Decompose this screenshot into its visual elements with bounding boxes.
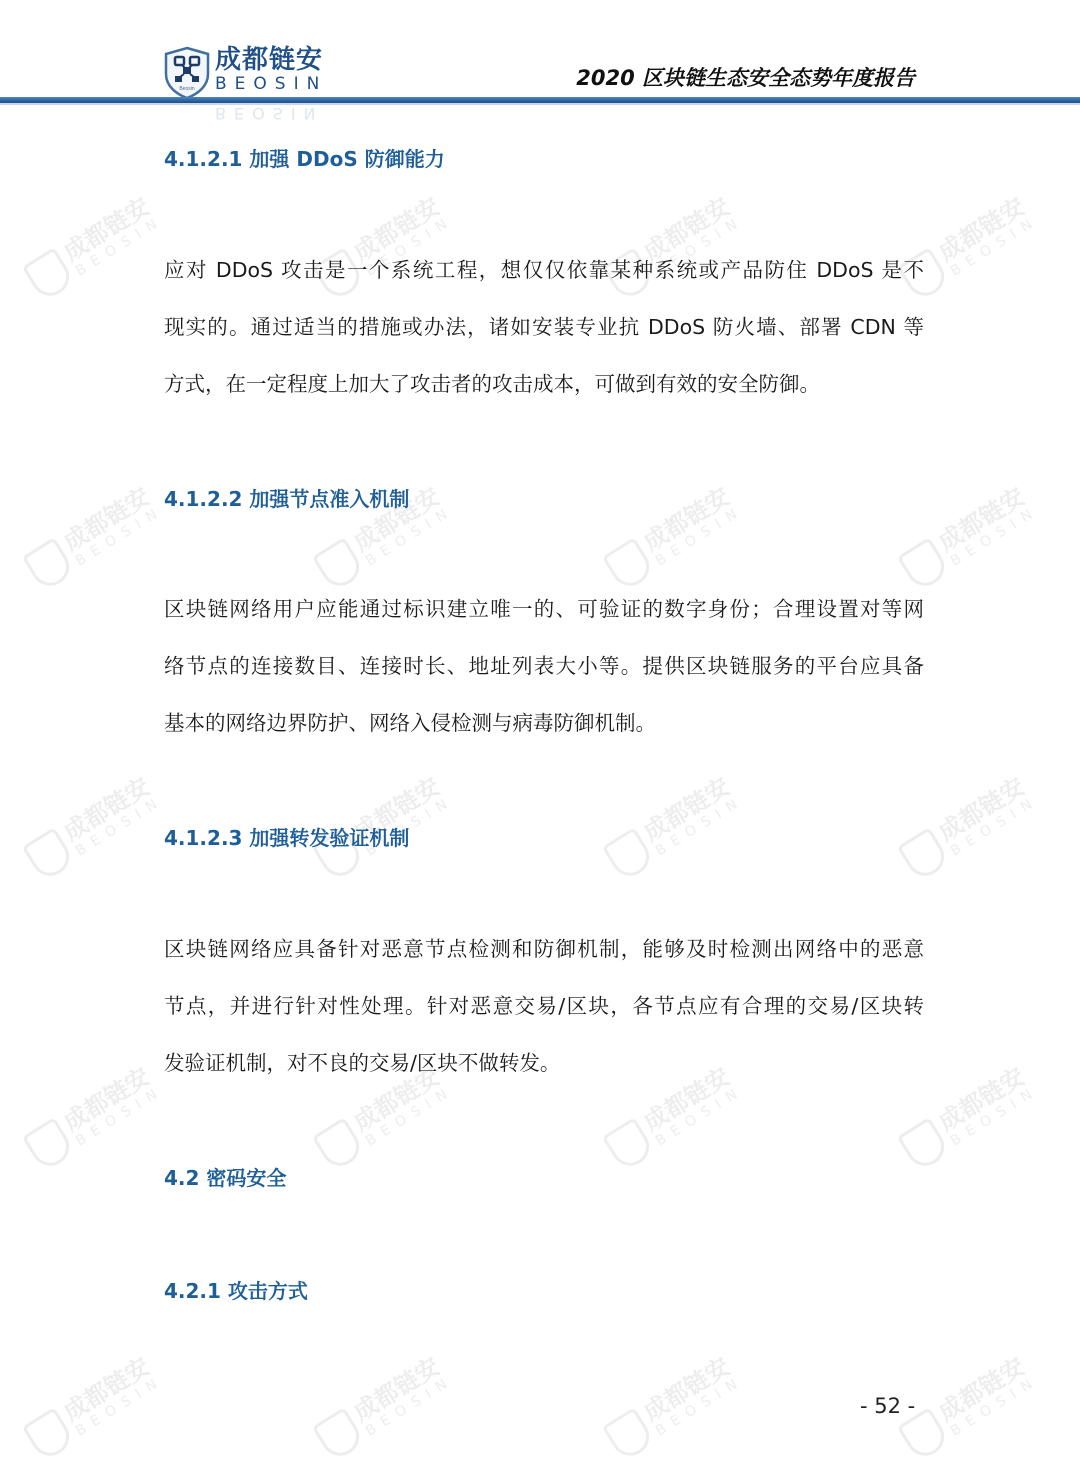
watermark: 成都链安BEOSIN	[304, 1325, 485, 1467]
shield-logo-icon	[22, 1117, 76, 1173]
logo-chinese-name: 成都链安	[215, 46, 327, 74]
shield-logo-icon	[312, 1407, 366, 1463]
company-logo: Beosin 成都链安 BEOSIN	[163, 46, 327, 100]
shield-logo-icon	[602, 1117, 656, 1173]
paragraph-line: 节点，并进行针对性处理。针对恶意交易/区块，各节点应有合理的交易/区块转	[164, 978, 924, 1035]
paragraph-line: 发验证机制，对不良的交易/区块不做转发。	[164, 1035, 924, 1092]
watermark: 成都链安BEOSIN	[889, 1325, 1070, 1467]
watermark: 成都链安BEOSIN	[889, 745, 1070, 894]
watermark: 成都链安BEOSIN	[594, 745, 775, 894]
section-heading: 4.2.1 攻击方式	[164, 1275, 308, 1304]
logo-english-name: BEOSIN	[215, 74, 327, 94]
page-header: Beosin 成都链安 BEOSIN BEOSIN 2020 区块链生态安全态势…	[0, 0, 1080, 125]
shield-logo-icon	[897, 1117, 951, 1173]
logo-reflection: BEOSIN	[215, 104, 324, 123]
shield-logo-icon	[602, 1407, 656, 1463]
watermark: 成都链安BEOSIN	[14, 745, 195, 894]
watermark: 成都链安BEOSIN	[304, 745, 485, 894]
paragraph: 应对 DDoS 攻击是一个系统工程，想仅仅依靠某种系统或产品防住 DDoS 是不…	[164, 242, 924, 413]
watermark: 成都链安BEOSIN	[594, 1325, 775, 1467]
paragraph: 区块链网络应具备针对恶意节点检测和防御机制，能够及时检测出网络中的恶意 节点，并…	[164, 921, 924, 1092]
shield-logo-icon	[312, 1117, 366, 1173]
paragraph-line: 络节点的连接数目、连接时长、地址列表大小等。提供区块链服务的平台应具备	[164, 638, 924, 695]
shield-logo-icon: Beosin	[163, 46, 211, 100]
section-heading: 4.1.2.3 加强转发验证机制	[164, 822, 409, 851]
paragraph-line: 基本的网络边界防护、网络入侵检测与病毒防御机制。	[164, 695, 924, 752]
shield-logo-icon	[22, 827, 76, 883]
paragraph-line: 区块链网络用户应能通过标识建立唯一的、可验证的数字身份；合理设置对等网	[164, 581, 924, 638]
header-divider-shadow	[0, 103, 1080, 105]
shield-logo-icon	[22, 537, 76, 593]
paragraph: 区块链网络用户应能通过标识建立唯一的、可验证的数字身份；合理设置对等网 络节点的…	[164, 581, 924, 752]
shield-logo-icon	[22, 1407, 76, 1463]
paragraph-line: 区块链网络应具备针对恶意节点检测和防御机制，能够及时检测出网络中的恶意	[164, 921, 924, 978]
paragraph-line: 应对 DDoS 攻击是一个系统工程，想仅仅依靠某种系统或产品防住 DDoS 是不	[164, 242, 924, 299]
section-heading: 4.1.2.1 加强 DDoS 防御能力	[164, 143, 445, 172]
section-heading: 4.2 密码安全	[164, 1162, 286, 1191]
shield-logo-icon	[602, 827, 656, 883]
report-title: 2020 区块链生态安全态势年度报告	[576, 62, 915, 92]
shield-logo-icon	[22, 247, 76, 303]
paragraph-line: 方式，在一定程度上加大了攻击者的攻击成本，可做到有效的安全防御。	[164, 356, 924, 413]
page-number: - 52 -	[860, 1394, 915, 1418]
watermark: 成都链安BEOSIN	[14, 1325, 195, 1467]
svg-text:Beosin: Beosin	[179, 86, 195, 92]
shield-logo-icon	[897, 827, 951, 883]
paragraph-line: 现实的。通过适当的措施或办法，诸如安装专业抗 DDoS 防火墙、部署 CDN 等	[164, 299, 924, 356]
section-heading: 4.1.2.2 加强节点准入机制	[164, 483, 409, 512]
